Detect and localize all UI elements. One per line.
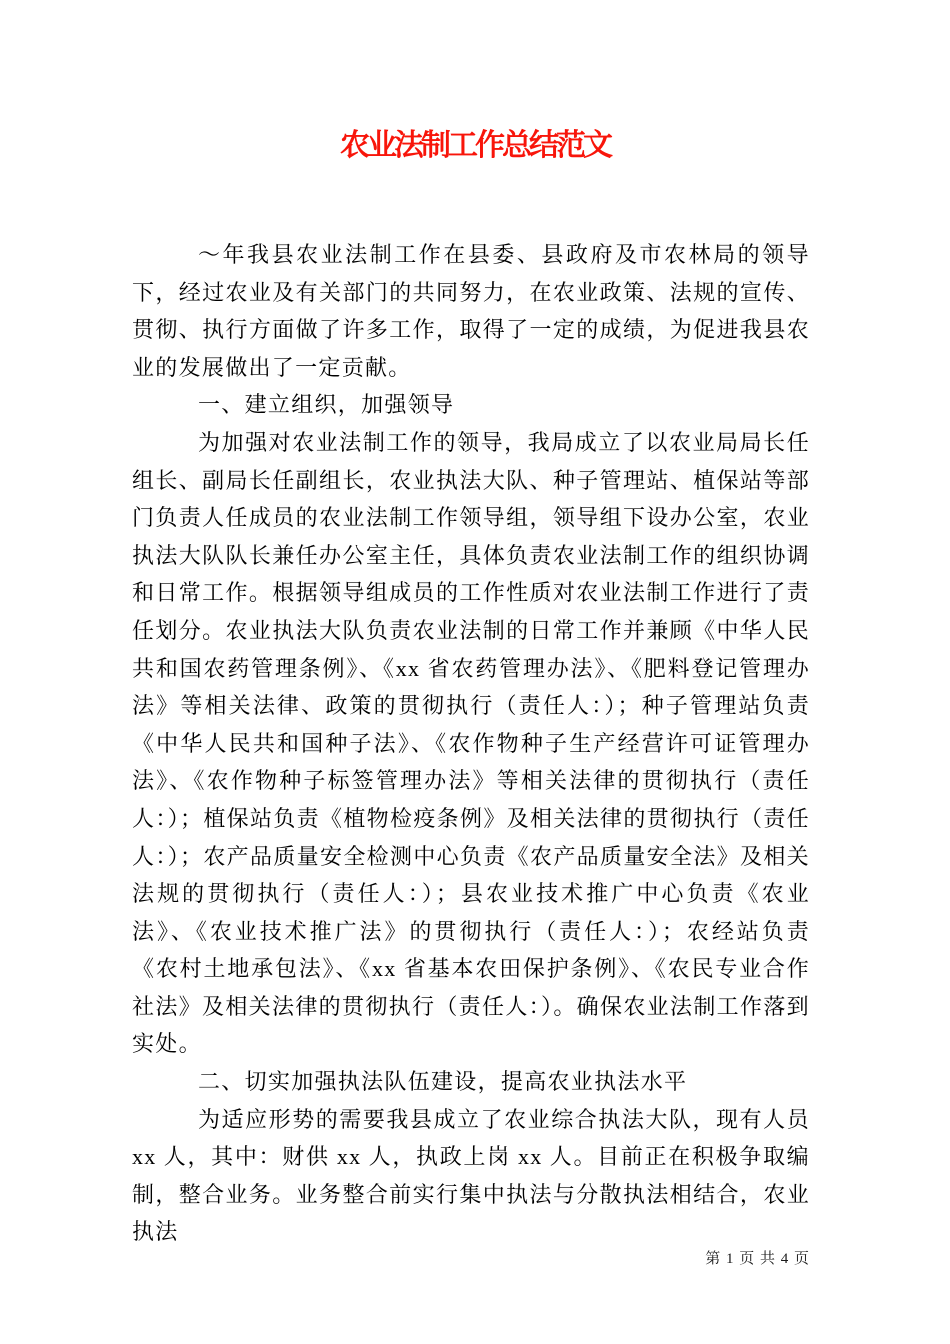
document-body: ～年我县农业法制工作在县委、县政府及市农林局的领导下，经过农业及有关部门的共同努…	[132, 236, 810, 1251]
section-heading-1: 一、建立组织，加强领导	[132, 386, 810, 424]
document-page: 农业法制工作总结范文 ～年我县农业法制工作在县委、县政府及市农林局的领导下，经过…	[0, 0, 950, 1344]
section-heading-2: 二、切实加强执法队伍建设，提高农业执法水平	[132, 1063, 810, 1101]
page-title: 农业法制工作总结范文	[0, 126, 950, 166]
paragraph-intro: ～年我县农业法制工作在县委、县政府及市农林局的领导下，经过农业及有关部门的共同努…	[132, 236, 810, 386]
paragraph-section-1: 为加强对农业法制工作的领导，我局成立了以农业局局长任组长、副局长任副组长，农业执…	[132, 424, 810, 1063]
paragraph-section-2: 为适应形势的需要我县成立了农业综合执法大队，现有人员 xx 人，其中：财供 xx…	[132, 1101, 810, 1251]
page-footer: 第 1 页 共 4 页	[705, 1249, 810, 1269]
page-number: 第 1 页 共 4 页	[705, 1251, 810, 1267]
